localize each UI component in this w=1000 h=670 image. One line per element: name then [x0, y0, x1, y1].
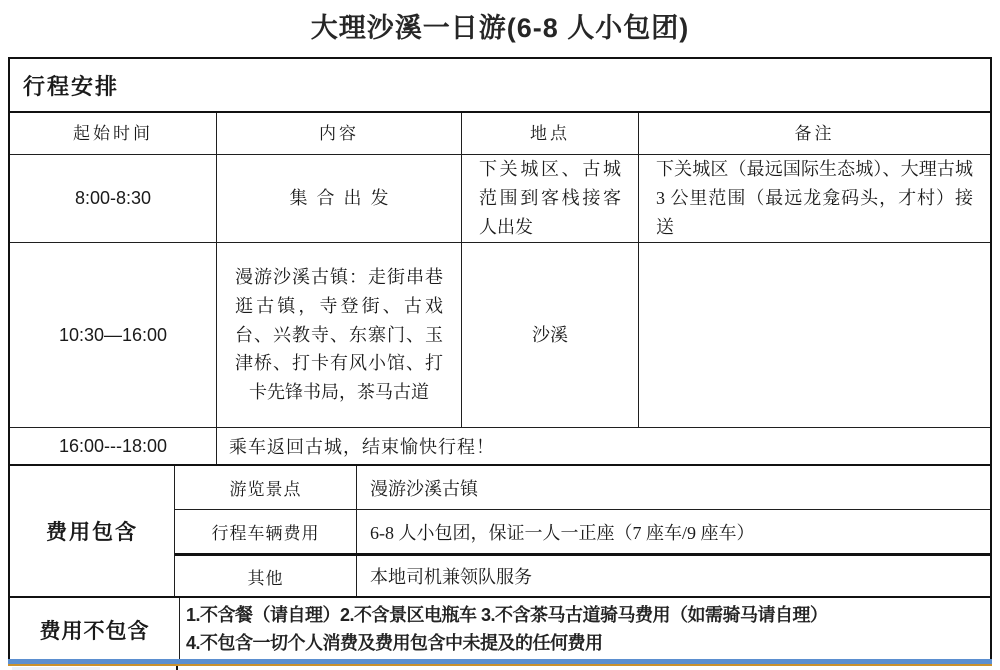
document-page: 大理沙溪一日游(6-8 人小包团) 行程安排 起始时间 内容 地点 备注 8:0… — [0, 0, 1000, 670]
fee-included-label: 费用包含 — [10, 466, 175, 596]
row1-location-cell: 下关城区、古城范围到客栈接客人出发 — [462, 155, 639, 243]
fee-category-attractions: 游览景点 — [175, 466, 357, 509]
itinerary-section-header: 行程安排 — [10, 59, 990, 113]
tour-table: 行程安排 起始时间 内容 地点 备注 8:00-8:30 集合出发 下关城区、古… — [8, 57, 992, 662]
row2-location-cell: 沙溪 — [462, 243, 639, 428]
row2-notes-cell — [639, 243, 990, 428]
row1-content-cell: 集合出发 — [217, 155, 462, 243]
fee-excluded-line-2: 4.不包含一切个人消费及费用包含中未提及的任何费用 — [186, 630, 986, 658]
column-header-content: 内容 — [217, 113, 462, 155]
fee-detail-attractions: 漫游沙溪古镇 — [357, 466, 990, 509]
row3-time-cell: 16:00---18:00 — [10, 428, 217, 464]
itinerary-grid: 起始时间 内容 地点 备注 8:00-8:30 集合出发 下关城区、古城范围到客… — [10, 113, 990, 428]
row3-content-cell: 乘车返回古城，结束愉快行程！ — [217, 428, 990, 464]
row1-notes-cell: 下关城区（最远国际生态城）、大理古城 3 公里范围（最远龙龛码头，才村）接送 — [639, 155, 990, 243]
fee-category-other: 其他 — [175, 556, 357, 596]
page-title: 大理沙溪一日游(6-8 人小包团) — [0, 6, 1000, 45]
fee-included-row-attractions: 游览景点 漫游沙溪古镇 — [175, 466, 990, 510]
row2-content-cell: 漫游沙溪古镇：走街串巷逛古镇，寺登街、古戏台、兴教寺、东寨门、玉津桥、打卡有风小… — [217, 243, 462, 428]
row1-notes-text: 下关城区（最远国际生态城）、大理古城 3 公里范围（最远龙龛码头，才村）接送 — [647, 147, 982, 249]
fee-excluded-section: 费用不包含 1.不含餐（请自理）2.不含景区电瓶车 3.不含茶马古道骑马费用（如… — [10, 598, 990, 662]
fee-detail-vehicle: 6-8 人小包团，保证一人一正座（7 座车/9 座车） — [357, 510, 990, 553]
row2-time-cell: 10:30—16:00 — [10, 243, 217, 428]
row1-time-cell: 8:00-8:30 — [10, 155, 217, 243]
clipped-column-divider — [176, 666, 178, 670]
fee-included-row-vehicle: 行程车辆费用 6-8 人小包团，保证一人一正座（7 座车/9 座车） — [175, 510, 990, 556]
fee-included-row-other: 其他 本地司机兼领队服务 — [175, 556, 990, 596]
fee-category-vehicle: 行程车辆费用 — [175, 510, 357, 553]
fee-excluded-line-1: 1.不含餐（请自理）2.不含景区电瓶车 3.不含茶马古道骑马费用（如需骑马请自理… — [186, 602, 986, 630]
fee-detail-other: 本地司机兼领队服务 — [357, 556, 990, 596]
row2-content-text: 漫游沙溪古镇：走街串巷逛古镇，寺登街、古戏台、兴教寺、东寨门、玉津桥、打卡有风小… — [225, 253, 453, 417]
fee-excluded-label: 费用不包含 — [10, 598, 180, 661]
column-header-time: 起始时间 — [10, 113, 217, 155]
row3-return-row: 16:00---18:00 乘车返回古城，结束愉快行程！ — [10, 428, 990, 466]
fee-included-section: 费用包含 游览景点 漫游沙溪古镇 行程车辆费用 6-8 人小包团，保证一人一正座… — [10, 466, 990, 598]
clipped-next-row — [8, 666, 992, 670]
row1-location-text: 下关城区、古城范围到客栈接客人出发 — [470, 147, 630, 249]
fee-included-rows: 游览景点 漫游沙溪古镇 行程车辆费用 6-8 人小包团，保证一人一正座（7 座车… — [175, 466, 990, 596]
fee-excluded-lines: 1.不含餐（请自理）2.不含景区电瓶车 3.不含茶马古道骑马费用（如需骑马请自理… — [180, 598, 990, 661]
